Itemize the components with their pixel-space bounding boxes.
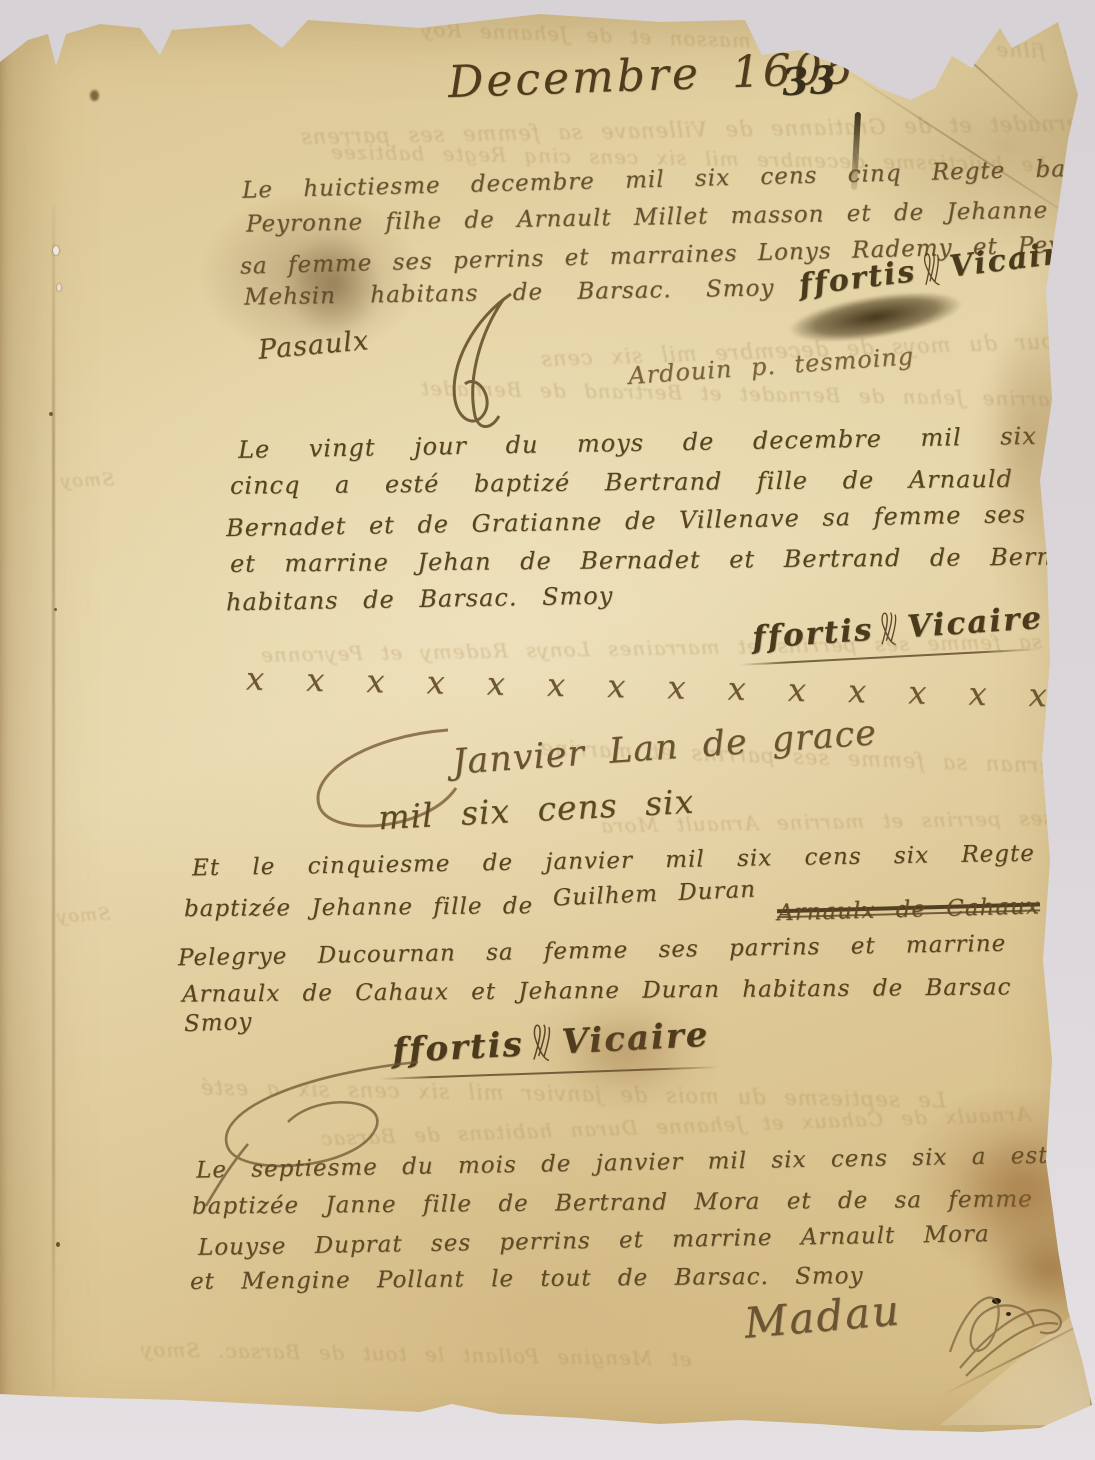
register-entry-line: Louyse Duprat ses perrins et marrine Arn… bbox=[198, 1221, 990, 1261]
manuscript-page: Peyronne filhe de Arnault Millet masson … bbox=[0, 0, 1095, 1460]
struck-through-text: Arnaulx de Cahaux bbox=[777, 893, 1040, 926]
overwritten-text: Guilhem Duran bbox=[553, 877, 757, 912]
signature-name: Madau bbox=[742, 1285, 903, 1347]
binding-hole bbox=[53, 246, 59, 255]
ink-speck bbox=[54, 608, 57, 611]
bleed-through-line: et Mengine Pollant le tout de Barsac. Sm… bbox=[140, 1337, 692, 1371]
paraph-flourish-icon bbox=[916, 249, 950, 288]
bleed-through-line: Smoy bbox=[55, 904, 110, 928]
binding-hole bbox=[57, 284, 61, 291]
stain bbox=[985, 330, 1070, 540]
register-entry-line: et marrine Jehan de Bernadet et Bertrand… bbox=[230, 542, 1095, 578]
stain bbox=[1000, 1230, 1095, 1305]
stain bbox=[286, 232, 381, 337]
ink-speck bbox=[49, 412, 53, 416]
page-number: 33 bbox=[781, 57, 838, 105]
fold-crease bbox=[52, 205, 55, 1390]
register-entry-line: habitans de Barsac. Smoy bbox=[226, 582, 614, 617]
ink-speck bbox=[56, 1242, 60, 1247]
register-entry-line-corrected: baptizée Jehanne fille de Guilhem Duran … bbox=[184, 888, 1095, 922]
photo-background: { "header": { "month_year": "Decembre 16… bbox=[0, 0, 1095, 1460]
paraph-flourish-icon bbox=[415, 288, 545, 433]
priest-signature: Madau bbox=[742, 1285, 903, 1347]
entry-text: et de bbox=[1060, 888, 1095, 915]
register-entry-line: Peyronne filhe de Arnault Millet masson … bbox=[246, 196, 1095, 237]
register-entry-line: Le vingt jour du moys de decembre mil si… bbox=[238, 420, 1095, 464]
register-entry-line: Pelegrye Ducournan sa femme ses parrins … bbox=[178, 931, 1007, 971]
entry-separator: x x x x x x x x x x x x x x bbox=[246, 659, 1064, 714]
register-entry-line: Et le cinquiesme de janvier mil six cens… bbox=[192, 841, 1035, 882]
register-entry-line: et Mengine Pollant le tout de Barsac. Sm… bbox=[190, 1263, 864, 1295]
month-header-line: Janvier Lan de grace bbox=[451, 713, 878, 783]
register-entry-line: Bernadet et de Gratianne de Villenave sa… bbox=[226, 498, 1095, 542]
ink-speck bbox=[90, 90, 99, 101]
entry-text: baptizée Jehanne fille de bbox=[184, 893, 533, 922]
paraph-flourish-icon bbox=[874, 610, 906, 648]
calligraphic-loop-icon bbox=[188, 1048, 458, 1213]
bleed-through-line: Smoy bbox=[60, 469, 115, 492]
register-entry-line: Arnaulx de Cahaux et Jehanne Duran habit… bbox=[182, 974, 1012, 1007]
register-entry-line: cincq a esté baptizé Bertrand fille de A… bbox=[230, 464, 1079, 499]
paraph-flourish-icon bbox=[525, 1022, 561, 1064]
stain bbox=[560, 1010, 690, 1095]
register-entry-line: Smoy bbox=[184, 1009, 253, 1037]
